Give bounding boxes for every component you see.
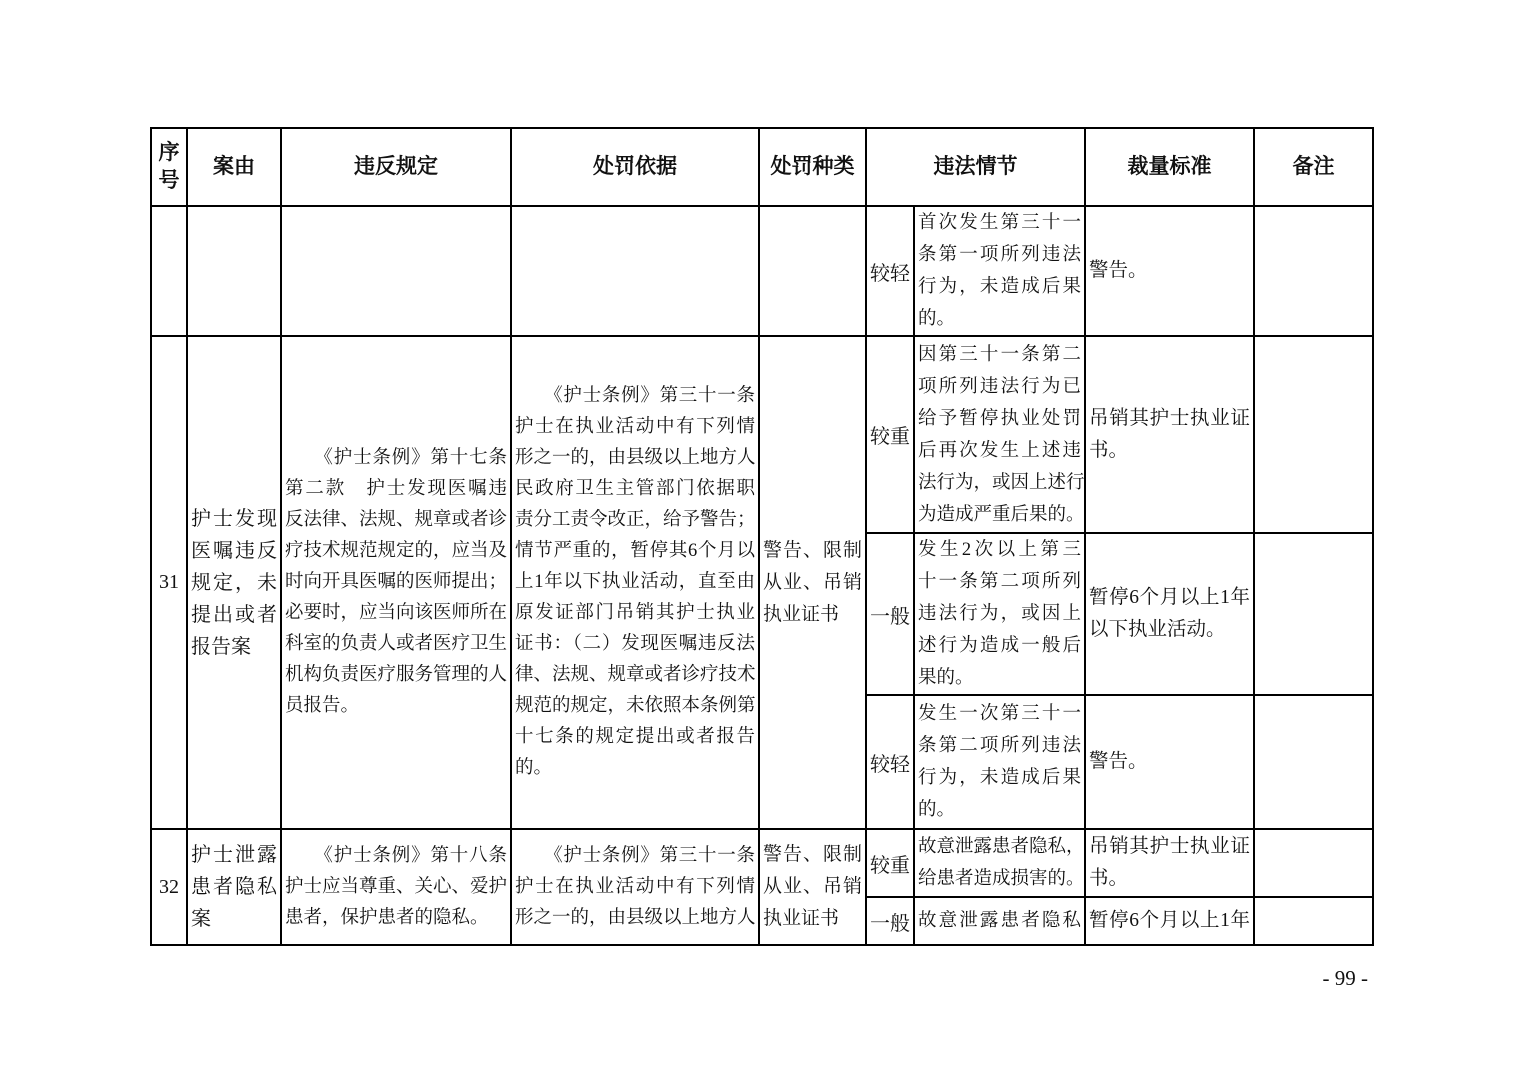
- row32-sub2-severity-cell: 一般: [866, 897, 914, 945]
- row32-sub1-circumstance-cell: 故意泄露患者隐私，给患者造成损害的。: [914, 829, 1085, 897]
- row31-sub2-remarks-cell-empty: [1254, 533, 1373, 695]
- carryover-cause-cell-empty: [187, 206, 281, 336]
- row31-sub3-remarks-cell-empty: [1254, 695, 1373, 829]
- row31-penalty-type-cell: 警告、限制从业、吊销执业证书: [759, 336, 866, 829]
- header-violation: 违反规定: [281, 128, 511, 206]
- row31-sub1-standard-cell: 吊销其护士执业证书。: [1085, 336, 1254, 533]
- row32-sub2-circumstance-cell: 故意泄露患者隐私: [914, 897, 1085, 945]
- row31-sub3-standard-cell: 警告。: [1085, 695, 1254, 829]
- row32-sub2-remarks-cell-empty: [1254, 897, 1373, 945]
- row31-sub1-remarks-cell-empty: [1254, 336, 1373, 533]
- table-row-31-sub-1: 31 护士发现医嘱违反规定，未提出或者报告案 《护士条例》第十七条第二款 护士发…: [151, 336, 1373, 533]
- header-basis: 处罚依据: [511, 128, 759, 206]
- row31-sub2-severity-cell: 一般: [866, 533, 914, 695]
- row31-sub1-severity-cell: 较重: [866, 336, 914, 533]
- header-penalty-type: 处罚种类: [759, 128, 866, 206]
- page-number: - 99 -: [1323, 966, 1369, 991]
- row31-seq-cell: 31: [151, 336, 187, 829]
- row31-cause-cell: 护士发现医嘱违反规定，未提出或者报告案: [187, 336, 281, 829]
- carryover-standard-cell: 警告。: [1085, 206, 1254, 336]
- table-header-row: 序 号 案由 违反规定 处罚依据 处罚种类 违法情节 裁量标准 备注: [151, 128, 1373, 206]
- row31-sub2-standard-cell: 暂停6个月以上1年以下执业活动。: [1085, 533, 1254, 695]
- carryover-seq-cell-empty: [151, 206, 187, 336]
- row32-seq-cell: 32: [151, 829, 187, 945]
- row32-sub1-severity-cell: 较重: [866, 829, 914, 897]
- row32-basis-cell: 《护士条例》第三十一条护士在执业活动中有下列情形之一的，由县级以上地方人: [511, 829, 759, 945]
- penalty-discretion-table: 序 号 案由 违反规定 处罚依据 处罚种类 违法情节 裁量标准 备注 较轻 首次…: [150, 127, 1374, 946]
- header-remarks: 备注: [1254, 128, 1373, 206]
- row31-sub3-circumstance-cell: 发生一次第三十一条第二项所列违法行为，未造成后果的。: [914, 695, 1085, 829]
- row31-basis-cell: 《护士条例》第三十一条护士在执业活动中有下列情形之一的，由县级以上地方人民政府卫…: [511, 336, 759, 829]
- carryover-circumstance-cell: 首次发生第三十一条第一项所列违法行为，未造成后果的。: [914, 206, 1085, 336]
- carryover-basis-cell-empty: [511, 206, 759, 336]
- row31-sub2-circumstance-cell: 发生2次以上第三十一条第二项所列违法行为，或因上述行为造成一般后果的。: [914, 533, 1085, 695]
- table-row-32-sub-1: 32 护士泄露患者隐私案 《护士条例》第十八条护士应当尊重、关心、爱护患者，保护…: [151, 829, 1373, 897]
- row31-sub1-circumstance-cell: 因第三十一条第二项所列违法行为已给予暂停执业处罚后再次发生上述违法行为，或因上述…: [914, 336, 1085, 533]
- carryover-penalty-type-cell-empty: [759, 206, 866, 336]
- row32-cause-cell: 护士泄露患者隐私案: [187, 829, 281, 945]
- header-seq: 序 号: [151, 128, 187, 206]
- header-circumstances: 违法情节: [866, 128, 1085, 206]
- document-page: 序 号 案由 违反规定 处罚依据 处罚种类 违法情节 裁量标准 备注 较轻 首次…: [0, 0, 1520, 1074]
- carryover-remarks-cell-empty: [1254, 206, 1373, 336]
- header-standard: 裁量标准: [1085, 128, 1254, 206]
- row32-sub2-standard-cell: 暂停6个月以上1年: [1085, 897, 1254, 945]
- header-cause: 案由: [187, 128, 281, 206]
- carryover-severity-cell: 较轻: [866, 206, 914, 336]
- row31-violation-cell: 《护士条例》第十七条第二款 护士发现医嘱违反法律、法规、规章或者诊疗技术规范规定…: [281, 336, 511, 829]
- row32-penalty-type-cell: 警告、限制从业、吊销执业证书: [759, 829, 866, 945]
- row32-violation-cell: 《护士条例》第十八条护士应当尊重、关心、爱护患者，保护患者的隐私。: [281, 829, 511, 945]
- row31-sub3-severity-cell: 较轻: [866, 695, 914, 829]
- carryover-violation-cell-empty: [281, 206, 511, 336]
- row32-sub1-remarks-cell-empty: [1254, 829, 1373, 897]
- table-row-carryover: 较轻 首次发生第三十一条第一项所列违法行为，未造成后果的。 警告。: [151, 206, 1373, 336]
- row32-sub1-standard-cell: 吊销其护士执业证书。: [1085, 829, 1254, 897]
